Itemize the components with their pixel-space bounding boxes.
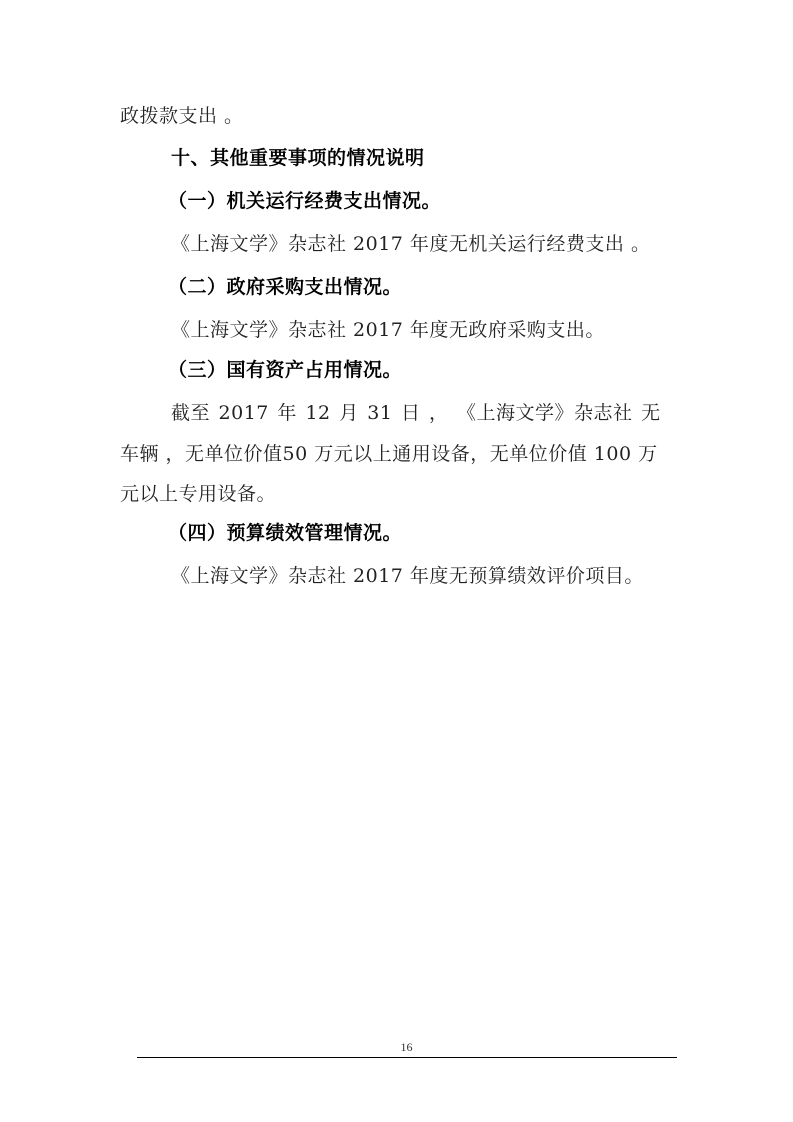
paragraph-2: 《上海文学》杂志社 2017 年度无政府采购支出。: [171, 318, 605, 342]
paragraph-3-line-3: 元以上专用设备。: [120, 482, 276, 506]
footer-divider: [137, 1057, 677, 1058]
subheading-3: （三）国有资产占用情况。: [168, 358, 402, 382]
paragraph-1: 《上海文学》杂志社 2017 年度无机关运行经费支出 。: [171, 232, 650, 256]
paragraph-4: 《上海文学》杂志社 2017 年度无预算绩效评价项目。: [171, 564, 644, 588]
subheading-2: （二）政府采购支出情况。: [168, 275, 402, 299]
subheading-1: （一）机关运行经费支出情况。: [168, 189, 441, 213]
page-number: 16: [0, 1040, 793, 1055]
paragraph-3-line-1: 截至 2017 年 12 月 31 日 ， 《上海文学》杂志社 无: [171, 401, 661, 425]
paragraph-continuation: 政拨款支出 。: [120, 104, 244, 128]
paragraph-3-line-2: 车辆 ，无单位价值50 万元以上通用设备，无单位价值 100 万: [120, 442, 658, 466]
subheading-4: （四）预算绩效管理情况。: [168, 521, 402, 545]
section-heading-10: 十、其他重要事项的情况说明: [171, 146, 425, 170]
